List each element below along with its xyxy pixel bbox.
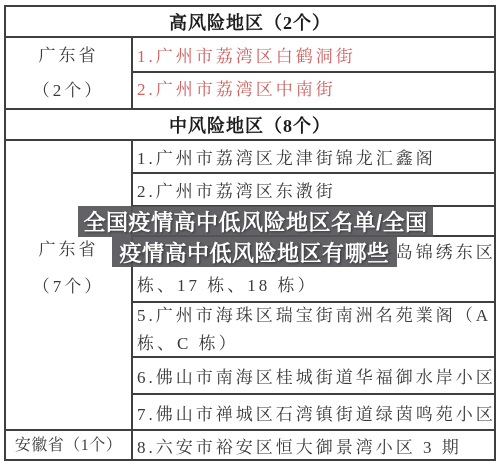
- province-count: （7个）: [33, 277, 105, 296]
- medium-risk-item: 8.六安市裕安区恒大御景湾小区 3 期: [133, 431, 494, 459]
- high-risk-section: 广东省 （2个） 1.广州市荔湾区白鹤洞街 2.广州市荔湾区中南街: [6, 36, 494, 108]
- watermark-title-line2: 疫情高中低风险地区有哪些: [112, 237, 397, 267]
- medium-risk-item: 2.广州市荔湾区东漖街: [133, 172, 494, 205]
- province-name: 安徽省（1个）: [15, 436, 123, 455]
- province-cell-guangdong-medium: 广东省 （7个）: [6, 141, 133, 429]
- medium-risk-item: 6.佛山市南海区桂城街道华福御水岸小区: [133, 356, 494, 393]
- high-risk-item: 2.广州市荔湾区中南街: [133, 71, 494, 101]
- medium-risk-item: 7.佛山市禅城区石湾镇街道绿茵鸣苑小区: [133, 393, 494, 429]
- watermark-title-line1: 全国疫情高中低风险地区名单/全国: [78, 206, 433, 237]
- item-line: 栋、17 栋、18 栋）: [137, 269, 318, 301]
- province-name: 广东省: [39, 240, 99, 259]
- province-cell-anhui: 安徽省（1个）: [6, 431, 133, 459]
- medium-risk-item: 1.广州市荔湾区龙津街锦龙汇鑫阁: [133, 141, 494, 172]
- article-image: 高风险地区（2个） 广东省 （2个） 1.广州市荔湾区白鹤洞街 2.广州市荔湾区…: [0, 0, 500, 471]
- medium-risk-header: 中风险地区（8个）: [6, 108, 494, 139]
- province-cell-guangdong-high: 广东省 （2个）: [6, 38, 133, 108]
- medium-risk-item: 5.广州市海珠区瑞宝街南洲名苑業阁（A 栋、B 栋、C 栋）: [133, 301, 494, 356]
- item-line: 5.广州市海珠区瑞宝街南洲名苑業阁（A 栋、B: [137, 302, 494, 330]
- item-line: 栋、C 栋）: [137, 330, 239, 357]
- anhui-row: 安徽省（1个） 8.六安市裕安区恒大御景湾小区 3 期: [6, 429, 494, 459]
- high-risk-item: 1.广州市荔湾区白鹤洞街: [133, 38, 494, 71]
- high-risk-header: 高风险地区（2个）: [6, 7, 494, 36]
- medium-risk-section: 广东省 （7个） 1.广州市荔湾区龙津街锦龙汇鑫阁 2.广州市荔湾区东漖街 4.…: [6, 139, 494, 429]
- province-count: （2个）: [33, 81, 105, 100]
- province-name: 广东省: [39, 46, 99, 65]
